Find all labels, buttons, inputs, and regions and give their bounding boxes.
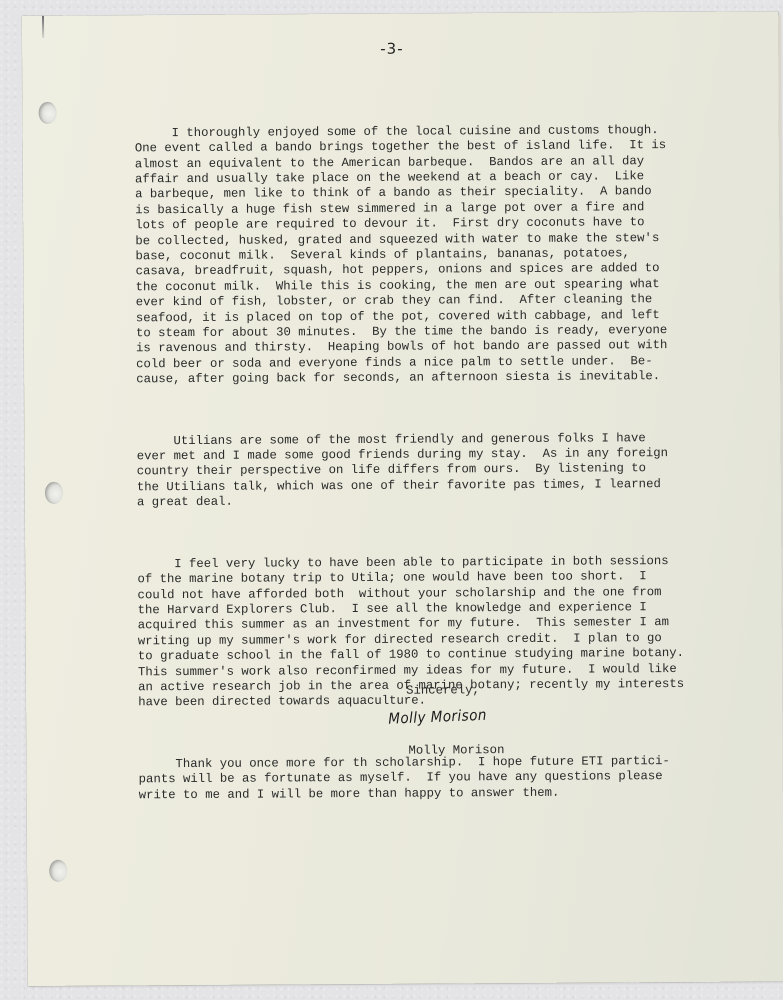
paragraph-bando: I thoroughly enjoyed some of the local c… — [135, 122, 737, 387]
letter-body: I thoroughly enjoyed some of the local c… — [134, 92, 739, 850]
letter-page: -3- I thoroughly enjoyed some of the loc… — [22, 11, 783, 986]
punch-hole-bottom — [49, 860, 67, 882]
closing: Sincerely, — [406, 683, 480, 697]
paragraph-utilians: Utilians are some of the most friendly a… — [137, 430, 737, 511]
paragraph-thanks: Thank you once more for th scholarship. … — [139, 754, 739, 804]
punch-hole-top — [39, 102, 57, 124]
pencil-mark — [42, 16, 44, 38]
page-number: -3- — [380, 40, 403, 58]
text-line: cause, after going back for seconds, an … — [136, 369, 736, 388]
text-line: a great deal. — [137, 492, 737, 511]
text-line: write to me and I will be more than happ… — [139, 784, 739, 803]
typed-name: Molly Morison — [408, 743, 504, 758]
punch-hole-middle — [45, 482, 63, 504]
